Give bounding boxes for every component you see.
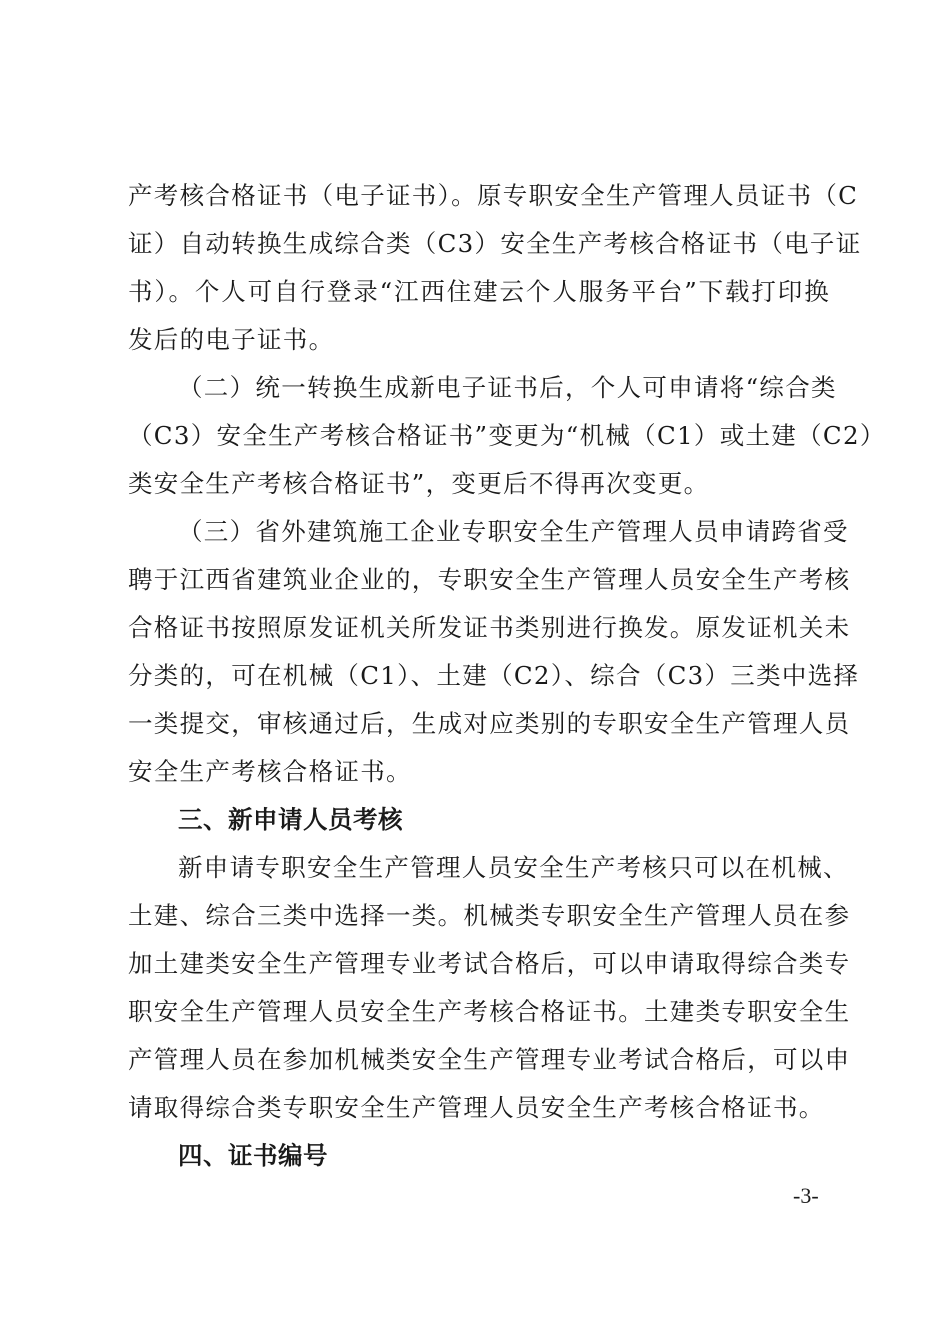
text-line: 证）自动转换生成综合类（C3）安全生产考核合格证书（电子证 xyxy=(128,220,830,268)
heading-section-4: 四、证书编号 xyxy=(128,1132,830,1180)
text-line: 产考核合格证书（电子证书）。原专职安全生产管理人员证书（C xyxy=(128,172,830,220)
text-line: 安全生产考核合格证书。 xyxy=(128,748,830,796)
text-line: 书）。个人可自行登录“江西住建云个人服务平台”下载打印换 xyxy=(128,268,830,316)
document-page: 产考核合格证书（电子证书）。原专职安全生产管理人员证书（C 证）自动转换生成综合… xyxy=(128,172,830,1180)
paragraph-new-applicant-assessment: 新申请专职安全生产管理人员安全生产考核只可以在机械、 土建、综合三类中选择一类。… xyxy=(128,844,830,1132)
text-line: （三）省外建筑施工企业专职安全生产管理人员申请跨省受 xyxy=(128,508,830,556)
text-line: 职安全生产管理人员安全生产考核合格证书。土建类专职安全生 xyxy=(128,988,830,1036)
paragraph-item-2-category-change: （二）统一转换生成新电子证书后，个人可申请将“综合类 （C3）安全生产考核合格证… xyxy=(128,364,830,508)
page-number: -3- xyxy=(793,1183,819,1209)
text-line: 分类的，可在机械（C1）、土建（C2）、综合（C3）三类中选择 xyxy=(128,652,830,700)
text-line: （二）统一转换生成新电子证书后，个人可申请将“综合类 xyxy=(128,364,830,412)
text-line: 加土建类安全生产管理专业考试合格后，可以申请取得综合类专 xyxy=(128,940,830,988)
text-line: 类安全生产考核合格证书”，变更后不得再次变更。 xyxy=(128,460,830,508)
text-line: 请取得综合类专职安全生产管理人员安全生产考核合格证书。 xyxy=(128,1084,830,1132)
text-line: 新申请专职安全生产管理人员安全生产考核只可以在机械、 xyxy=(128,844,830,892)
text-line: 土建、综合三类中选择一类。机械类专职安全生产管理人员在参 xyxy=(128,892,830,940)
text-line: 聘于江西省建筑业企业的，专职安全生产管理人员安全生产考核 xyxy=(128,556,830,604)
text-line: 产管理人员在参加机械类安全生产管理专业考试合格后，可以申 xyxy=(128,1036,830,1084)
paragraph-electronic-certificate-conversion: 产考核合格证书（电子证书）。原专职安全生产管理人员证书（C 证）自动转换生成综合… xyxy=(128,172,830,364)
text-line: 一类提交，审核通过后，生成对应类别的专职安全生产管理人员 xyxy=(128,700,830,748)
heading-section-3: 三、新申请人员考核 xyxy=(128,796,830,844)
text-line: 合格证书按照原发证机关所发证书类别进行换发。原发证机关未 xyxy=(128,604,830,652)
text-line: 发后的电子证书。 xyxy=(128,316,830,364)
paragraph-item-3-out-of-province: （三）省外建筑施工企业专职安全生产管理人员申请跨省受 聘于江西省建筑业企业的，专… xyxy=(128,508,830,796)
text-line: （C3）安全生产考核合格证书”变更为“机械（C1）或土建（C2） xyxy=(128,412,830,460)
